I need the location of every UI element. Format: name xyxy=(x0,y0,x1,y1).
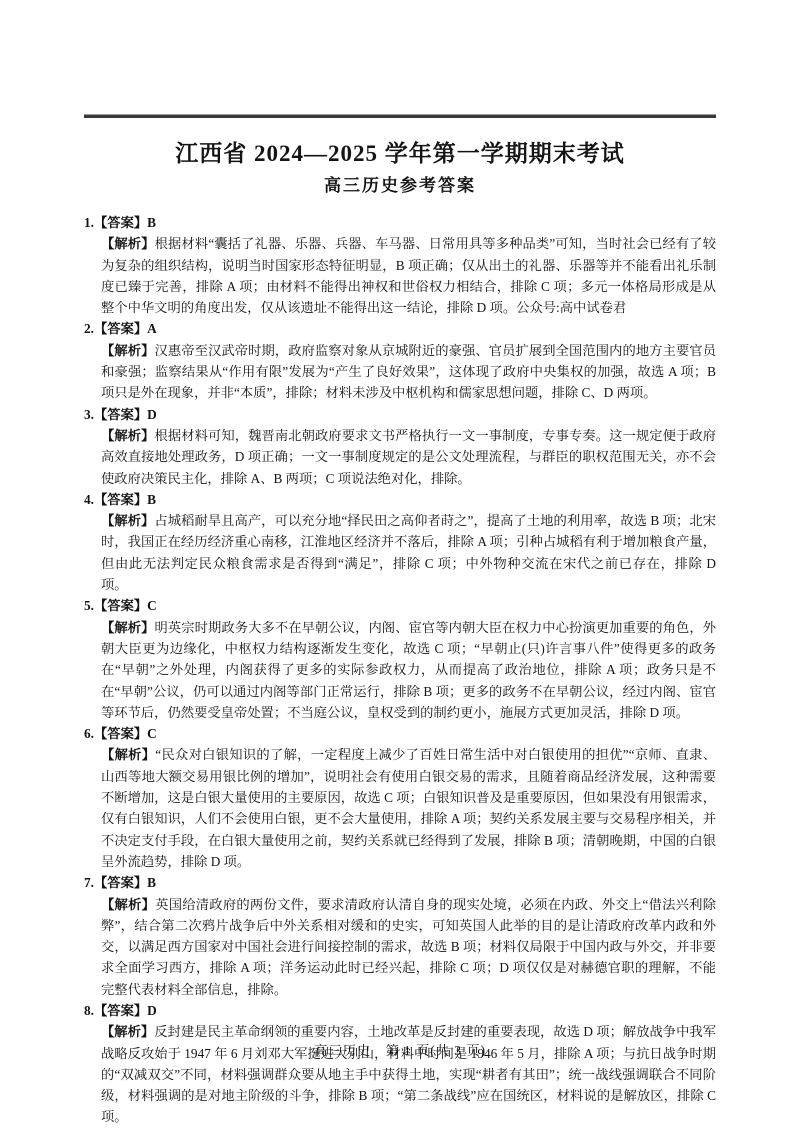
analysis-paragraph: 【解析】“民众对白银知识的了解，一定程度上减少了百姓日常生活中对白银使用的担优”… xyxy=(101,744,716,872)
exam-answer-page: 江西省 2024—2025 学年第一学期期末考试 高三历史参考答案 1.【答案】… xyxy=(0,0,800,1131)
analysis-paragraph: 【解析】汉惠帝至汉武帝时期，政府监察对象从京城附近的豪强、官员扩展到全国范围内的… xyxy=(101,340,716,404)
answer-line: 5.【答案】C xyxy=(101,595,716,616)
answer-letter: D xyxy=(147,407,157,422)
answer-label: 【答案】 xyxy=(94,215,147,230)
item-number: 5. xyxy=(84,598,94,613)
analysis-text: “民众对白银知识的了解，一定程度上减少了百姓日常生活中对白银使用的担优”“京师、… xyxy=(101,747,716,868)
answer-line: 3.【答案】D xyxy=(101,404,716,425)
answer-line: 4.【答案】B xyxy=(101,489,716,510)
answer-letter: A xyxy=(147,321,157,336)
answer-item-8: 8.【答案】D 【解析】反封建是民主革命纲领的重要内容，土地改革是反封建的重要表… xyxy=(84,1000,716,1128)
answer-line: 1.【答案】B xyxy=(101,212,716,233)
answer-item-3: 3.【答案】D 【解析】根据材料可知，魏晋南北朝政府要求文书严格执行一文一事制度… xyxy=(84,404,716,489)
analysis-paragraph: 【解析】反封建是民主革命纲领的重要内容，土地改革是反封建的重要表现，故选 D 项… xyxy=(101,1021,716,1127)
analysis-text: 英国给清政府的两份文件，要求清政府认清自身的现实处境，必须在内政、外交上“借法兴… xyxy=(101,897,716,997)
item-number: 8. xyxy=(84,1003,94,1018)
item-number: 2. xyxy=(84,321,94,336)
answer-label: 【答案】 xyxy=(94,321,147,336)
analysis-text: 根据材料“囊括了礼器、乐器、兵器、车马器、日常用具等多种品类”可知，当时社会已经… xyxy=(101,236,716,315)
answer-label: 【答案】 xyxy=(94,492,147,507)
analysis-label: 【解析】 xyxy=(101,513,154,528)
item-number: 3. xyxy=(84,407,94,422)
page-subtitle: 高三历史参考答案 xyxy=(84,171,716,196)
item-number: 6. xyxy=(84,726,94,741)
analysis-paragraph: 【解析】根据材料可知，魏晋南北朝政府要求文书严格执行一文一事制度，专事专奏。这一… xyxy=(101,425,716,489)
answer-label: 【答案】 xyxy=(94,726,147,741)
answer-line: 8.【答案】D xyxy=(101,1000,716,1021)
answer-list: 1.【答案】B 【解析】根据材料“囊括了礼器、乐器、兵器、车马器、日常用具等多种… xyxy=(84,212,716,1128)
item-number: 7. xyxy=(84,875,94,890)
answer-item-1: 1.【答案】B 【解析】根据材料“囊括了礼器、乐器、兵器、车马器、日常用具等多种… xyxy=(84,212,716,318)
answer-item-7: 7.【答案】B 【解析】英国给清政府的两份文件，要求清政府认清自身的现实处境，必… xyxy=(84,872,716,1000)
answer-label: 【答案】 xyxy=(94,407,147,422)
analysis-label: 【解析】 xyxy=(101,747,155,762)
analysis-label: 【解析】 xyxy=(101,1024,154,1039)
answer-item-6: 6.【答案】C 【解析】“民众对白银知识的了解，一定程度上减少了百姓日常生活中对… xyxy=(84,723,716,872)
answer-label: 【答案】 xyxy=(94,875,147,890)
analysis-text: 占城稻耐旱且高产，可以充分地“择民田之高仰者莳之”，提高了土地的利用率，故选 B… xyxy=(101,513,716,592)
answer-letter: B xyxy=(147,875,156,890)
answer-letter: B xyxy=(147,492,156,507)
header-divider xyxy=(84,114,716,118)
analysis-label: 【解析】 xyxy=(101,620,155,635)
item-number: 4. xyxy=(84,492,94,507)
analysis-text: 根据材料可知，魏晋南北朝政府要求文书严格执行一文一事制度，专事专奏。这一规定便于… xyxy=(101,428,716,486)
answer-letter: D xyxy=(147,1003,157,1018)
analysis-label: 【解析】 xyxy=(101,343,155,358)
analysis-paragraph: 【解析】根据材料“囊括了礼器、乐器、兵器、车马器、日常用具等多种品类”可知，当时… xyxy=(101,233,716,318)
analysis-label: 【解析】 xyxy=(101,428,155,443)
answer-label: 【答案】 xyxy=(94,1003,147,1018)
page-footer: 高三历史 第 1 页(共 3 页) xyxy=(0,1040,800,1059)
answer-line: 7.【答案】B xyxy=(101,872,716,893)
analysis-paragraph: 【解析】占城稻耐旱且高产，可以充分地“择民田之高仰者莳之”，提高了土地的利用率，… xyxy=(101,510,716,595)
answer-letter: C xyxy=(147,726,157,741)
answer-label: 【答案】 xyxy=(94,598,147,613)
analysis-paragraph: 【解析】英国给清政府的两份文件，要求清政府认清自身的现实处境，必须在内政、外交上… xyxy=(101,894,716,1000)
analysis-text: 明英宗时期政务大多不在早朝公议，内阁、宦官等内朝大臣在权力中心扮演更加重要的角色… xyxy=(101,620,716,720)
answer-letter: B xyxy=(147,215,156,230)
analysis-paragraph: 【解析】明英宗时期政务大多不在早朝公议，内阁、宦官等内朝大臣在权力中心扮演更加重… xyxy=(101,617,716,723)
answer-line: 6.【答案】C xyxy=(101,723,716,744)
answer-item-4: 4.【答案】B 【解析】占城稻耐旱且高产，可以充分地“择民田之高仰者莳之”，提高… xyxy=(84,489,716,595)
analysis-label: 【解析】 xyxy=(101,236,155,251)
answer-item-2: 2.【答案】A 【解析】汉惠帝至汉武帝时期，政府监察对象从京城附近的豪强、官员扩… xyxy=(84,318,716,403)
answer-letter: C xyxy=(147,598,157,613)
analysis-text: 汉惠帝至汉武帝时期，政府监察对象从京城附近的豪强、官员扩展到全国范围内的地方主要… xyxy=(101,343,716,401)
answer-item-5: 5.【答案】C 【解析】明英宗时期政务大多不在早朝公议，内阁、宦官等内朝大臣在权… xyxy=(84,595,716,723)
analysis-label: 【解析】 xyxy=(101,897,155,912)
page-title: 江西省 2024—2025 学年第一学期期末考试 xyxy=(84,135,716,168)
item-number: 1. xyxy=(84,215,94,230)
answer-line: 2.【答案】A xyxy=(101,318,716,339)
page-content: 江西省 2024—2025 学年第一学期期末考试 高三历史参考答案 1.【答案】… xyxy=(84,0,716,1128)
